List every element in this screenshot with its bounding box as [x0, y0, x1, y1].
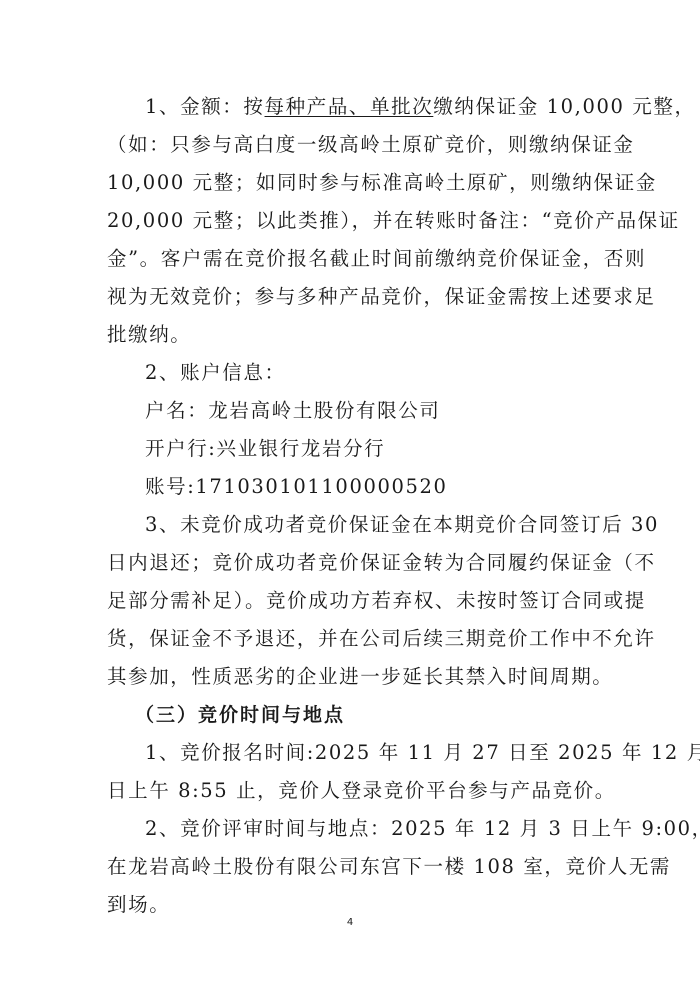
paragraph-review-time: 2、竞价评审时间与地点：2025 年 12 月 3 日上午 9:00，	[145, 817, 593, 841]
page-number: 4	[0, 917, 700, 928]
text-segment: 1、金额：按	[145, 95, 265, 118]
paragraph-line: 日内退还；竞价成功者竞价保证金转为合同履约保证金（不	[107, 551, 593, 575]
paragraph-line: 批缴纳。	[107, 323, 593, 347]
paragraph-refund-line-1: 3、未竞价成功者竞价保证金在本期竞价合同签订后 30	[145, 513, 593, 537]
document-page: 1、金额：按每种产品、单批次缴纳保证金 10,000 元整， （如：只参与高白度…	[0, 0, 700, 990]
paragraph-line: 视为无效竞价；参与多种产品竞价，保证金需按上述要求足	[107, 285, 593, 309]
paragraph-line: 20,000 元整；以此类推），并在转账时备注：“竞价产品保证	[107, 209, 593, 233]
paragraph-line: （如：只参与高白度一级高岭土原矿竞价，则缴纳保证金	[107, 133, 593, 157]
paragraph-registration-time: 1、竞价报名时间:2025 年 11 月 27 日至 2025 年 12 月 3	[145, 741, 593, 765]
paragraph-line: 金”。客户需在竞价报名截止时间前缴纳竞价保证金，否则	[107, 247, 593, 271]
paragraph-deposit-amount-line-1: 1、金额：按每种产品、单批次缴纳保证金 10,000 元整，	[145, 95, 593, 119]
account-name: 户名：龙岩高岭土股份有限公司	[145, 399, 593, 423]
paragraph-line: 其参加，性质恶劣的企业进一步延长其禁入时间周期。	[107, 665, 593, 689]
paragraph-line: 货，保证金不予退还，并在公司后续三期竞价工作中不允许	[107, 627, 593, 651]
account-bank: 开户行:兴业银行龙岩分行	[145, 437, 593, 461]
paragraph-line: 在龙岩高岭土股份有限公司东宫下一楼 108 室，竞价人无需	[107, 855, 593, 879]
paragraph-line: 到场。	[107, 893, 593, 917]
paragraph-line: 足部分需补足）。竞价成功方若弃权、未按时签订合同或提	[107, 589, 593, 613]
account-info-heading: 2、账户信息：	[145, 361, 593, 385]
account-number: 账号:17103010110000052​0	[145, 475, 593, 499]
paragraph-line: 日上午 8:55 止，竞价人登录竞价平台参与产品竞价。	[107, 779, 593, 803]
paragraph-line: 10,000 元整；如同时参与标准高岭土原矿，则缴纳保证金	[107, 171, 593, 195]
underlined-text: 每种产品、单批次	[265, 95, 434, 118]
text-segment: 缴纳保证金 10,000 元整，	[433, 95, 695, 118]
section-heading-time-location: （三）竞价时间与地点	[135, 703, 621, 727]
